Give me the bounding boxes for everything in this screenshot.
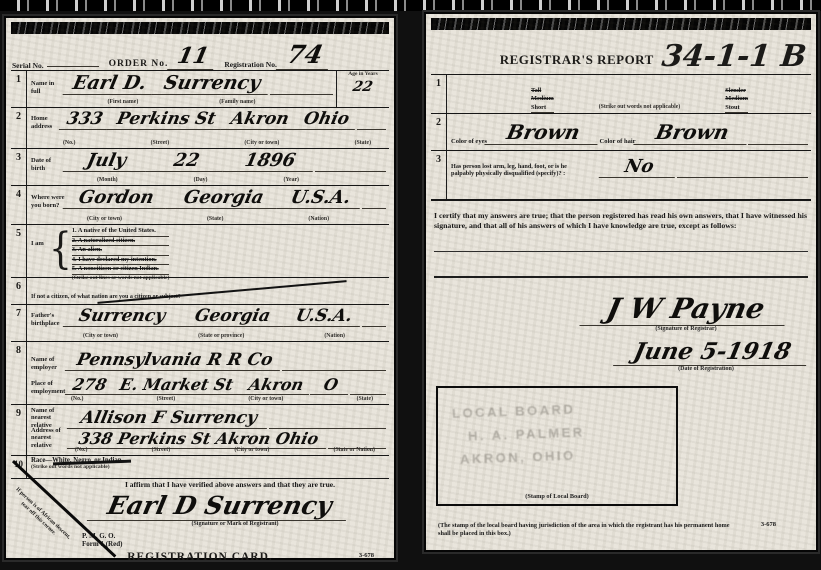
employer-name-value: Pennsylvania R R Co [65, 350, 285, 371]
hair-label: Color of hair [600, 138, 636, 145]
address-blank [357, 128, 386, 130]
name-blank [270, 93, 333, 95]
dob-day-value: 22 [146, 150, 228, 172]
citizenship-field: I am { 1. A native of the United States.… [27, 225, 389, 277]
disqualified-answer: No [599, 156, 680, 178]
row-2-number: 2 [11, 108, 27, 148]
stamp-impression: LOCAL BOARD H. A. PALMER AKRON, OHIO [438, 388, 676, 463]
name-label: Name in full [31, 80, 65, 95]
height-tall: Tall [531, 87, 554, 96]
eyes-hair-blank [748, 143, 808, 145]
age-label: Age in Years [337, 71, 389, 78]
citizen-option-4: 4. I have declared my intention. [72, 256, 169, 266]
height-short: Short [531, 104, 554, 114]
build-options: Slender Medium Stout [725, 87, 748, 114]
father-blank [362, 325, 386, 327]
employer-blank [282, 369, 386, 371]
age-box: Age in Years 22 [336, 71, 389, 107]
sub-emp-state: (State) [357, 397, 373, 403]
certification-paragraph: I certify that my answers are true; that… [434, 211, 808, 231]
sub-family-name: (Family name) [219, 100, 255, 106]
row-date-of-birth: 3 Date of birth July 22 1896 (Month) (Da… [11, 148, 389, 185]
sub-month: (Month) [97, 178, 118, 184]
address-street-value: Perkins St [106, 109, 225, 130]
sub-born-nation: (Nation) [308, 217, 329, 223]
fathers-birthplace-label: Father's birthplace [31, 312, 65, 327]
row-3-number: 3 [11, 149, 27, 185]
local-board-stamp-box: LOCAL BOARD H. A. PALMER AKRON, OHIO (St… [436, 386, 678, 506]
address-state-value: Ohio [294, 109, 359, 130]
print-code-left: 3-678 [359, 552, 374, 559]
registration-date: June 5-1918 [613, 338, 811, 366]
row-name: 1 Name in full Earl D. Surrency (First n… [11, 70, 389, 107]
stamp-footnote: (The stamp of the local board having jur… [438, 522, 738, 538]
registrar-signature-caption: (Signature of Registrar) [576, 326, 796, 332]
born-blank [362, 207, 386, 209]
eyes-value: Brown [484, 120, 602, 145]
disqualified-blank [677, 176, 808, 178]
registration-no-label: Registration No. [224, 61, 277, 69]
dob-month-value: July [63, 150, 151, 172]
blank-line-1 [434, 251, 808, 252]
father-city-value: Surrency [63, 306, 181, 327]
stamp-line-3: AKRON, OHIO [460, 444, 676, 467]
build-slender: Slender [725, 87, 748, 96]
blank-line-2 [434, 276, 808, 278]
row-where-born: 4 Where were you born? Gordon Georgia U.… [11, 185, 389, 224]
registration-date-block: June 5-1918 (Date of Registration) [616, 338, 796, 372]
row-8-number: 8 [11, 342, 27, 404]
stamp-line-1: LOCAL BOARD [452, 398, 676, 421]
report-number: 34-1-1 B [660, 39, 808, 74]
scan-edge-band [0, 0, 821, 11]
report-row-1-number: 1 [431, 75, 447, 113]
height-build-note: (Strike out words not applicable) [554, 105, 726, 111]
home-address-label: Home address [31, 115, 61, 130]
row-nearest-relative: 9 Name of nearest relative Allison F Sur… [11, 404, 389, 455]
employment-street-value: E. Market St [110, 375, 243, 395]
corner-note-text: If person is of African descent, tear of… [12, 486, 72, 547]
fathers-birthplace-field: Father's birthplace Surrency Georgia U.S… [27, 305, 389, 341]
height-medium: Medium [531, 95, 554, 104]
relative-name-value: Allison F Surrency [67, 408, 271, 429]
employer-field: Name of employer Pennsylvania R R Co Pla… [27, 342, 389, 404]
stamp-box-caption: (Stamp of Local Board) [438, 494, 676, 500]
sub-first-name: (First name) [108, 100, 139, 106]
employment-place-label: Place of employment [31, 380, 67, 395]
sub-emp-city: (City or town) [248, 397, 283, 403]
sub-father-nation: (Nation) [324, 334, 345, 340]
row-height-build: 1 Tall Medium Short (Strike out words no… [431, 74, 811, 113]
employment-city-value: Akron [239, 375, 313, 395]
report-row-3-number: 3 [431, 151, 447, 199]
father-nation-value: U.S.A. [284, 306, 364, 327]
row-citizenship: 5 I am { 1. A native of the United State… [11, 224, 389, 277]
stamp-line-2: H. A. PALMER [468, 421, 676, 443]
sub-state: (State) [355, 141, 371, 147]
registrar-signature-block: J W Payne (Signature of Registrar) [576, 292, 796, 332]
dob-year-value: 1896 [223, 150, 318, 172]
sub-rel-street: (Street) [152, 448, 171, 454]
order-no-value: 11 [167, 43, 219, 70]
eyes-hair-field: Color of eyes Brown Color of hair Brown [447, 114, 811, 150]
print-code-right: 3-678 [761, 521, 776, 528]
disqualified-question: Has person lost arm, leg, hand, foot, or… [451, 164, 601, 178]
build-medium: Medium [725, 95, 748, 104]
citizenship-options: 1. A native of the United States. 2. A n… [72, 226, 169, 277]
decorative-header-band-right [431, 18, 811, 30]
relative-address-value: 338 Perkins St Akron Ohio [67, 429, 330, 449]
brace-glyph: { [49, 221, 72, 282]
home-address-field: Home address 333 Perkins St Akron Ohio (… [27, 108, 389, 148]
name-first-value: Earl D. [63, 72, 157, 95]
row-employer: 8 Name of employer Pennsylvania R R Co P… [11, 341, 389, 404]
build-stout: Stout [725, 104, 748, 114]
scanned-draft-registration-document: Serial No. ORDER No. 11 Registration No.… [0, 0, 821, 570]
eyes-label: Color of eyes [451, 138, 487, 145]
father-state-value: Georgia [177, 306, 288, 327]
row-1-number: 1 [11, 71, 27, 107]
height-options: Tall Medium Short [531, 87, 554, 114]
born-state-value: Georgia [165, 187, 281, 209]
date-of-birth-field: Date of birth July 22 1896 (Month) (Day)… [27, 149, 389, 185]
row-fathers-birthplace: 7 Father's birthplace Surrency Georgia U… [11, 304, 389, 341]
sub-born-state: (State) [207, 217, 223, 223]
row-4-number: 4 [11, 186, 27, 224]
employment-no-value: 278 [65, 375, 115, 395]
sub-year: (Year) [284, 178, 299, 184]
serial-no-label: Serial No. [12, 62, 44, 70]
sub-street: (Street) [151, 141, 170, 147]
dob-blank [315, 170, 386, 172]
born-city-value: Gordon [63, 187, 170, 209]
nearest-relative-field: Name of nearest relative Allison F Surre… [27, 405, 389, 455]
sub-no: (No.) [63, 141, 75, 147]
row-home-address: 2 Home address 333 Perkins St Akron Ohio… [11, 107, 389, 148]
relative-name-label: Name of nearest relative [31, 407, 69, 429]
tear-off-corner: If person is of African descent, tear of… [12, 452, 132, 562]
i-am-label: I am [31, 240, 49, 277]
row-9-number: 9 [11, 405, 27, 455]
registrars-report-card: REGISTRAR'S REPORT 34-1-1 B 1 Tall Mediu… [424, 12, 818, 552]
sub-born-city: (City or town) [87, 217, 122, 223]
name-family-value: Surrency [152, 72, 273, 95]
sub-father-state: (State or province) [198, 334, 244, 340]
name-field: Name in full Earl D. Surrency (First nam… [27, 71, 336, 107]
serial-order-row: Serial No. ORDER No. 11 Registration No.… [12, 37, 388, 70]
registrar-signature: J W Payne [580, 292, 792, 326]
employment-state-value: O [310, 375, 352, 395]
employment-blank [350, 393, 386, 395]
height-build-field: Tall Medium Short (Strike out words not … [447, 75, 811, 113]
row-disqualified: 3 Has person lost arm, leg, hand, foot, … [431, 150, 811, 201]
registration-date-caption: (Date of Registration) [616, 366, 796, 372]
relative-address-label: Address of nearest relative [31, 427, 69, 449]
row-6-number: 6 [11, 278, 27, 304]
citizen-option-3: 3. An alien. [72, 246, 169, 256]
registration-card: Serial No. ORDER No. 11 Registration No.… [4, 16, 396, 560]
report-row-2-number: 2 [431, 114, 447, 150]
citizen-option-1: 1. A native of the United States. [72, 227, 169, 237]
citizen-option-2: 2. A naturalized citizen. [72, 237, 169, 247]
serial-no-blank [47, 65, 99, 67]
sub-city: (City or town) [244, 141, 279, 147]
sub-rel-state: (State or Nation) [334, 448, 375, 454]
age-value: 22 [352, 79, 375, 95]
decorative-header-band [11, 22, 389, 34]
where-born-field: Where were you born? Gordon Georgia U.S.… [27, 186, 389, 224]
disqualified-field: Has person lost arm, leg, hand, foot, or… [447, 151, 811, 199]
address-city-value: Akron [221, 109, 299, 130]
row-nation-of-citizenship: 6 If not a citizen, of what nation are y… [11, 277, 389, 304]
nation-field: If not a citizen, of what nation are you… [27, 278, 389, 304]
disqualified-question-line2: palpably physically disqualified (specif… [451, 171, 601, 178]
row-7-number: 7 [11, 305, 27, 341]
employer-name-label: Name of employer [31, 356, 67, 371]
citizen-option-5: 5. A noncitizen or citizen Indian. [72, 265, 169, 275]
sub-emp-no: (No.) [71, 397, 83, 403]
address-no-value: 333 [59, 109, 111, 130]
strikeout-mark [97, 280, 346, 304]
sub-father-city: (City or town) [83, 334, 118, 340]
report-title-row: REGISTRAR'S REPORT 34-1-1 B [436, 32, 806, 74]
registration-no-value: 74 [276, 40, 334, 70]
sub-rel-city: (City or town) [234, 448, 269, 454]
row-eyes-hair: 2 Color of eyes Brown Color of hair Brow… [431, 113, 811, 150]
report-title: REGISTRAR'S REPORT [500, 52, 654, 68]
sub-day: (Day) [194, 178, 208, 184]
row-5-number: 5 [11, 225, 27, 277]
born-nation-value: U.S.A. [277, 187, 365, 209]
where-born-label: Where were you born? [31, 194, 65, 209]
order-no-label: ORDER No. [109, 59, 169, 69]
sub-emp-street: (Street) [157, 397, 176, 403]
dob-label: Date of birth [31, 157, 65, 172]
hair-value: Brown [633, 120, 751, 145]
